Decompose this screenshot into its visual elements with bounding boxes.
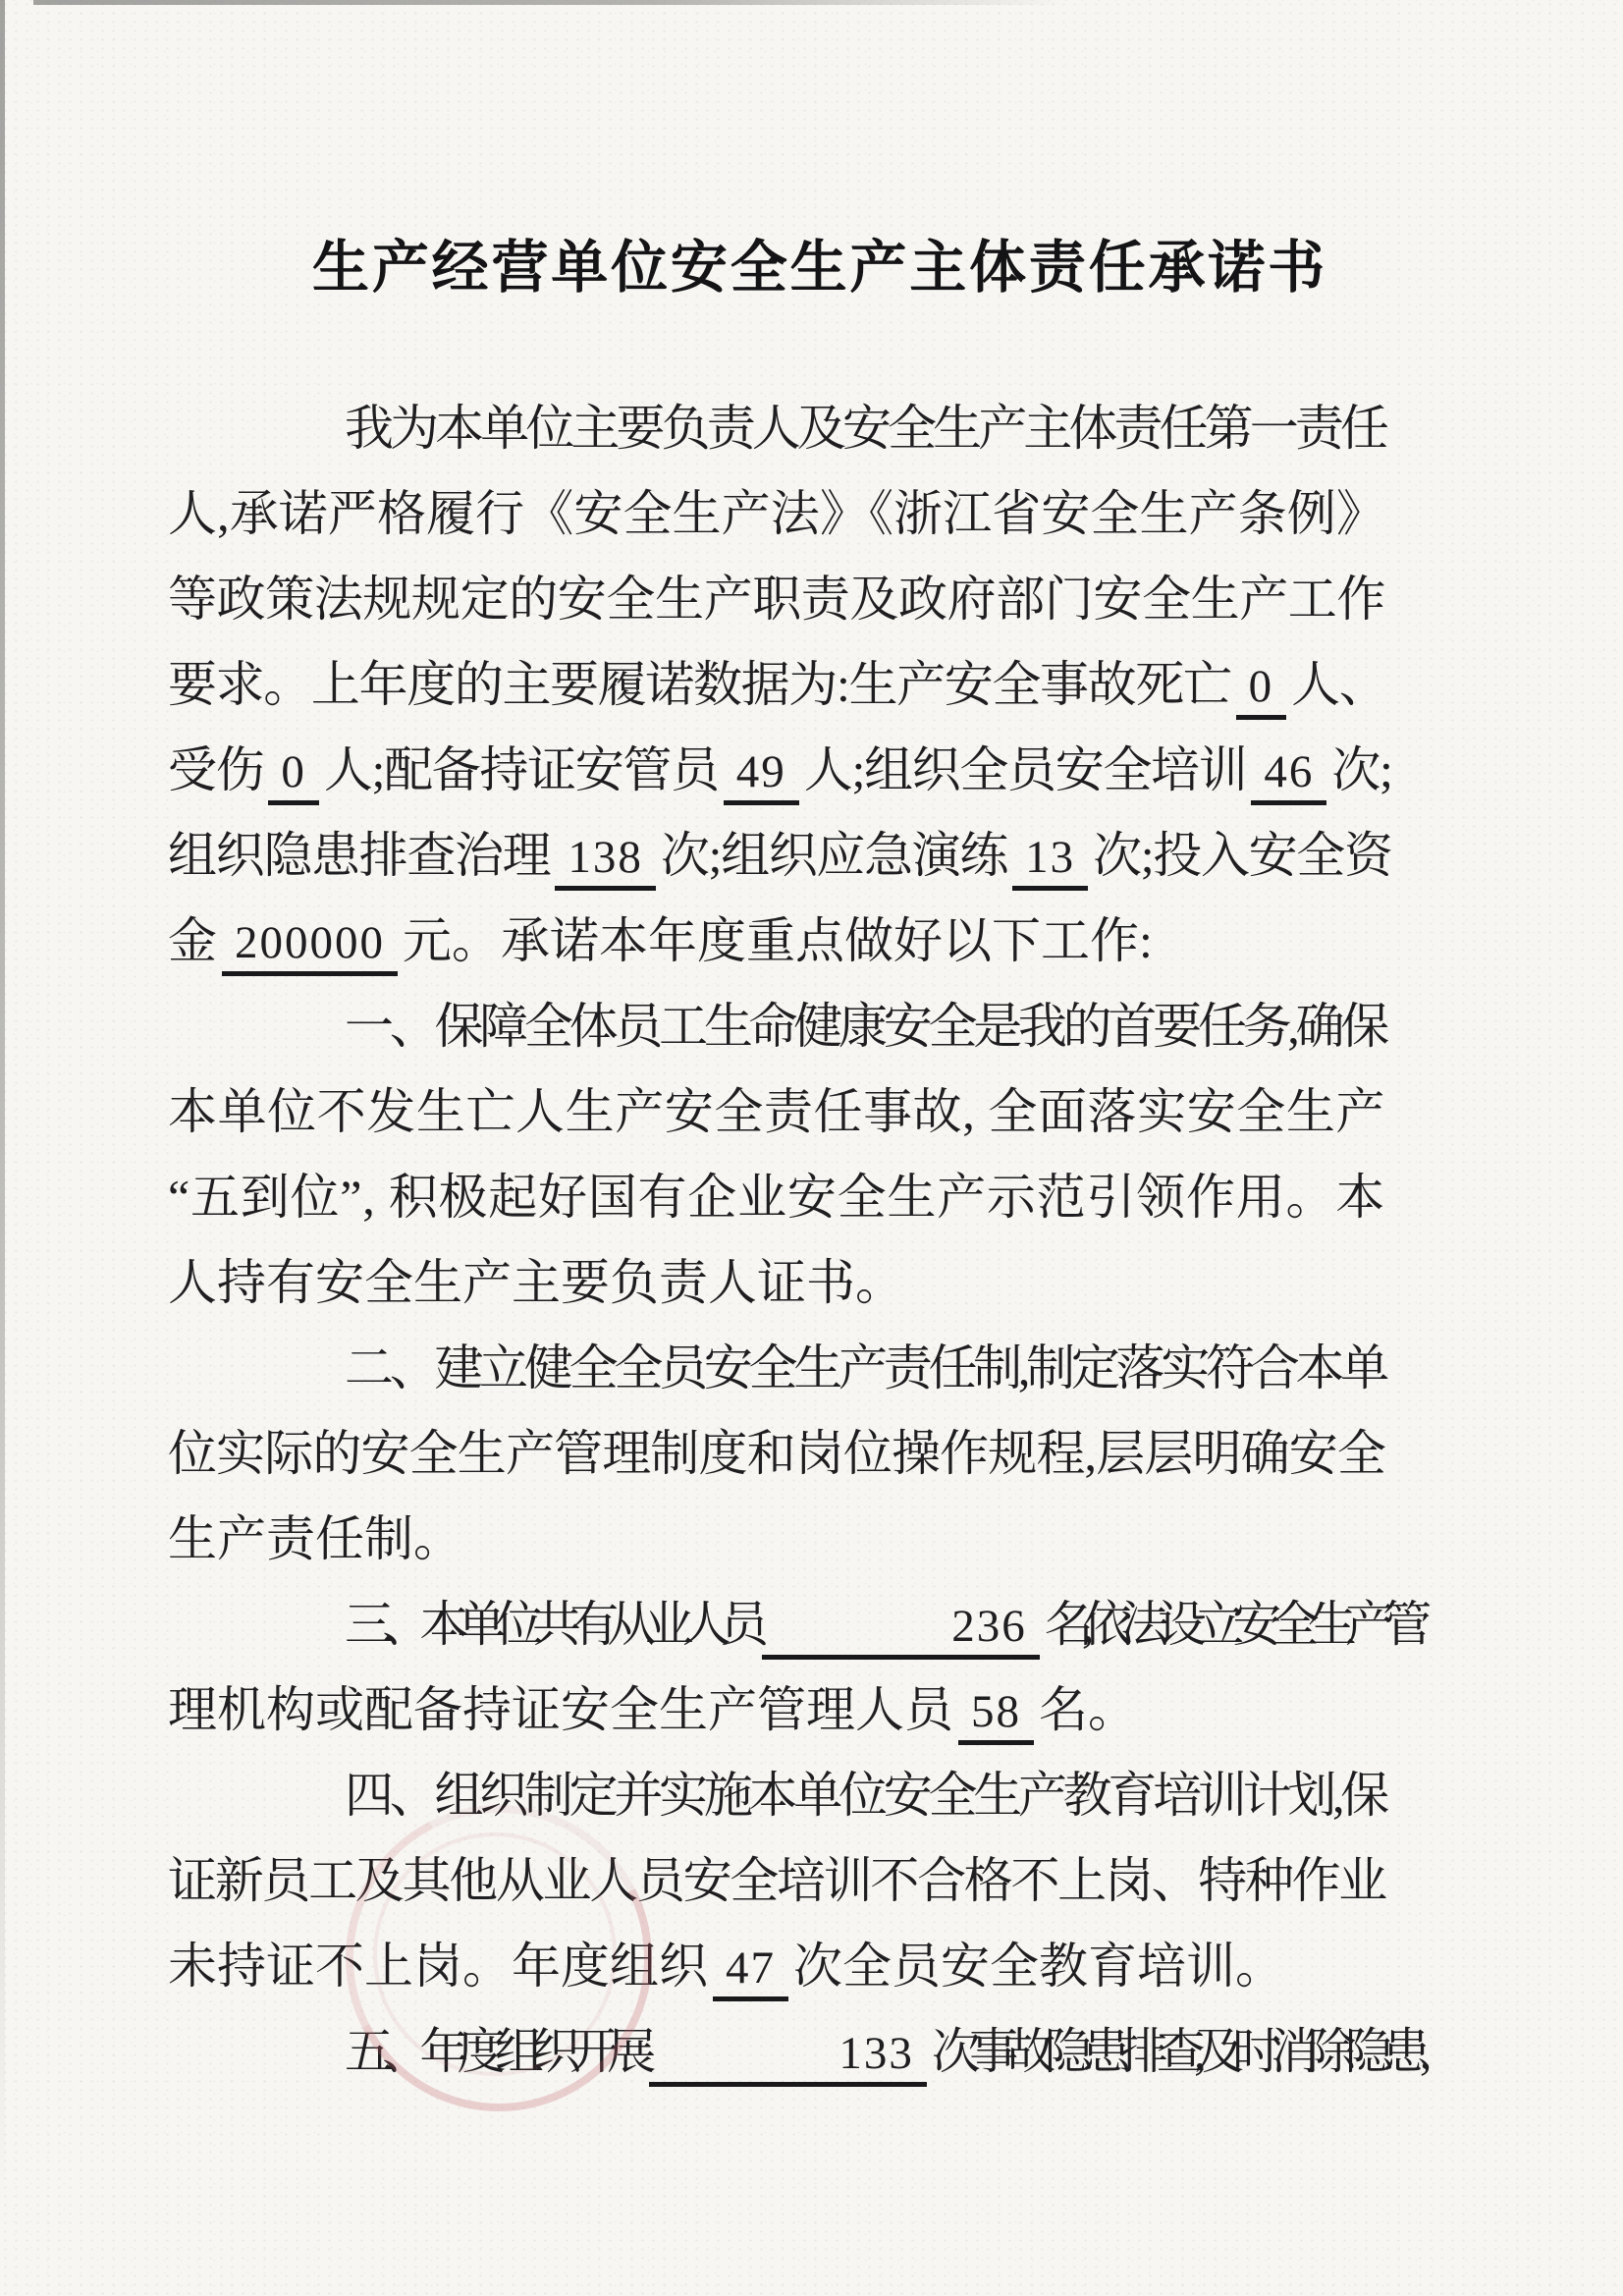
text-segment: 生产责任制。 <box>168 1511 462 1566</box>
text-line: 受伤0人;配备持证安管员49人;组织全员安全培训46次; <box>168 728 1385 813</box>
text-segment: 名。 <box>1039 1682 1137 1737</box>
text-segment: 本单位不发生亡人生产安全责任事故, 全面落实安全生产 <box>168 1084 1385 1139</box>
text-segment: 等政策法规规定的安全生产职责及政府部门安全生产工作 <box>168 572 1385 627</box>
document-body: 我为本单位主要负责人及安全生产主体责任第一责任人,承诺严格履行《安全生产法》《浙… <box>168 386 1385 2095</box>
text-line: 组织隐患排查治理138次;组织应急演练13次;投入安全资 <box>168 813 1385 899</box>
text-segment: “五到位”, 积极起好国有企业安全生产示范引领作用。本 <box>168 1170 1385 1225</box>
text-segment: 人持有安全生产主要负责人证书。 <box>168 1255 904 1310</box>
text-line: “五到位”, 积极起好国有企业安全生产示范引领作用。本 <box>168 1155 1385 1240</box>
text-line: 我为本单位主要负责人及安全生产主体责任第一责任 <box>168 386 1385 471</box>
filled-blank-value: 138 <box>555 831 656 891</box>
text-segment: 未持证不上岗。年度组织 <box>168 1939 708 1994</box>
text-line: 四、组织制定并实施本单位安全生产教育培训计划,保 <box>168 1753 1385 1838</box>
text-segment: 证新员工及其他从业人员安全培训不合格不上岗、特种作业 <box>168 1853 1385 1908</box>
text-line: 本单位不发生亡人生产安全责任事故, 全面落实安全生产 <box>168 1069 1385 1155</box>
scan-edge-top <box>33 0 1064 5</box>
text-segment: 人;组织全员安全培训 <box>804 742 1247 797</box>
text-segment: 五、年度组织开展 <box>345 2024 644 2079</box>
text-segment: 次全员安全教育培训。 <box>793 1939 1284 1994</box>
filled-blank-value: 236 <box>762 1600 1040 1660</box>
text-segment: 一、保障全体员工生命健康安全是我的首要任务,确保 <box>345 999 1385 1054</box>
text-line: 未持证不上岗。年度组织47次全员安全教育培训。 <box>168 1924 1385 2009</box>
text-segment: 四、组织制定并实施本单位安全生产教育培训计划,保 <box>345 1768 1385 1823</box>
text-segment: 组织隐患排查治理 <box>168 828 550 883</box>
filled-blank-value: 0 <box>268 745 319 805</box>
text-line: 金200000元。承诺本年度重点做好以下工作: <box>168 899 1385 984</box>
text-segment: 理机构或配备持证安全生产管理人员 <box>168 1682 953 1737</box>
filled-blank-value: 47 <box>713 1941 788 2001</box>
text-segment: 我为本单位主要负责人及安全生产主体责任第一责任 <box>345 401 1385 456</box>
text-segment: 人、 <box>1291 657 1386 712</box>
filled-blank-value: 133 <box>649 2027 927 2087</box>
text-segment: 元。承诺本年度重点做好以下工作: <box>403 913 1153 968</box>
text-segment: 名,依法设立安全生产管 <box>1045 1597 1421 1652</box>
document-title: 生产经营单位安全生产主体责任承诺书 <box>312 233 1327 304</box>
text-segment: 次; <box>1331 742 1391 797</box>
text-line: 要求。上年度的主要履诺数据为:生产安全事故死亡0人、 <box>168 642 1385 728</box>
text-segment: 次事故隐患排查,及时消除隐患, <box>932 2024 1421 2079</box>
text-segment: 三、本单位共有从业人员 <box>345 1597 757 1652</box>
text-line: 人,承诺严格履行《安全生产法》《浙江省安全生产条例》 <box>168 471 1385 557</box>
text-segment: 人;配备持证安管员 <box>324 742 719 797</box>
text-segment: 要求。上年度的主要履诺数据为:生产安全事故死亡 <box>168 657 1231 712</box>
text-line: 二、建立健全全员安全生产责任制,制定落实符合本单 <box>168 1326 1385 1411</box>
scan-edge-left <box>0 0 5 2296</box>
text-segment: 二、建立健全全员安全生产责任制,制定落实符合本单 <box>345 1340 1385 1395</box>
text-line: 理机构或配备持证安全生产管理人员58名。 <box>168 1667 1385 1753</box>
text-line: 人持有安全生产主要负责人证书。 <box>168 1240 1385 1326</box>
filled-blank-value: 49 <box>724 745 799 805</box>
text-segment: 受伤 <box>168 742 263 797</box>
text-line: 一、保障全体员工生命健康安全是我的首要任务,确保 <box>168 984 1385 1069</box>
filled-blank-value: 13 <box>1012 831 1088 891</box>
text-segment: 次;组织应急演练 <box>661 828 1007 883</box>
text-line: 五、年度组织开展133次事故隐患排查,及时消除隐患, <box>168 2009 1385 2095</box>
filled-blank-value: 0 <box>1236 660 1287 720</box>
text-segment: 金 <box>168 913 217 968</box>
text-line: 等政策法规规定的安全生产职责及政府部门安全生产工作 <box>168 557 1385 642</box>
scanned-document-page: 生产经营单位安全生产主体责任承诺书 我为本单位主要负责人及安全生产主体责任第一责… <box>0 0 1623 2296</box>
text-segment: 位实际的安全生产管理制度和岗位操作规程,层层明确安全 <box>168 1426 1385 1481</box>
text-segment: 人,承诺严格履行《安全生产法》《浙江省安全生产条例》 <box>168 486 1385 541</box>
text-line: 位实际的安全生产管理制度和岗位操作规程,层层明确安全 <box>168 1411 1385 1497</box>
filled-blank-value: 46 <box>1251 745 1326 805</box>
filled-blank-value: 58 <box>958 1685 1034 1745</box>
text-line: 三、本单位共有从业人员236名,依法设立安全生产管 <box>168 1582 1385 1667</box>
text-line: 证新员工及其他从业人员安全培训不合格不上岗、特种作业 <box>168 1838 1385 1924</box>
text-line: 生产责任制。 <box>168 1497 1385 1582</box>
text-segment: 次;投入安全资 <box>1093 828 1392 883</box>
filled-blank-value: 200000 <box>222 916 398 976</box>
